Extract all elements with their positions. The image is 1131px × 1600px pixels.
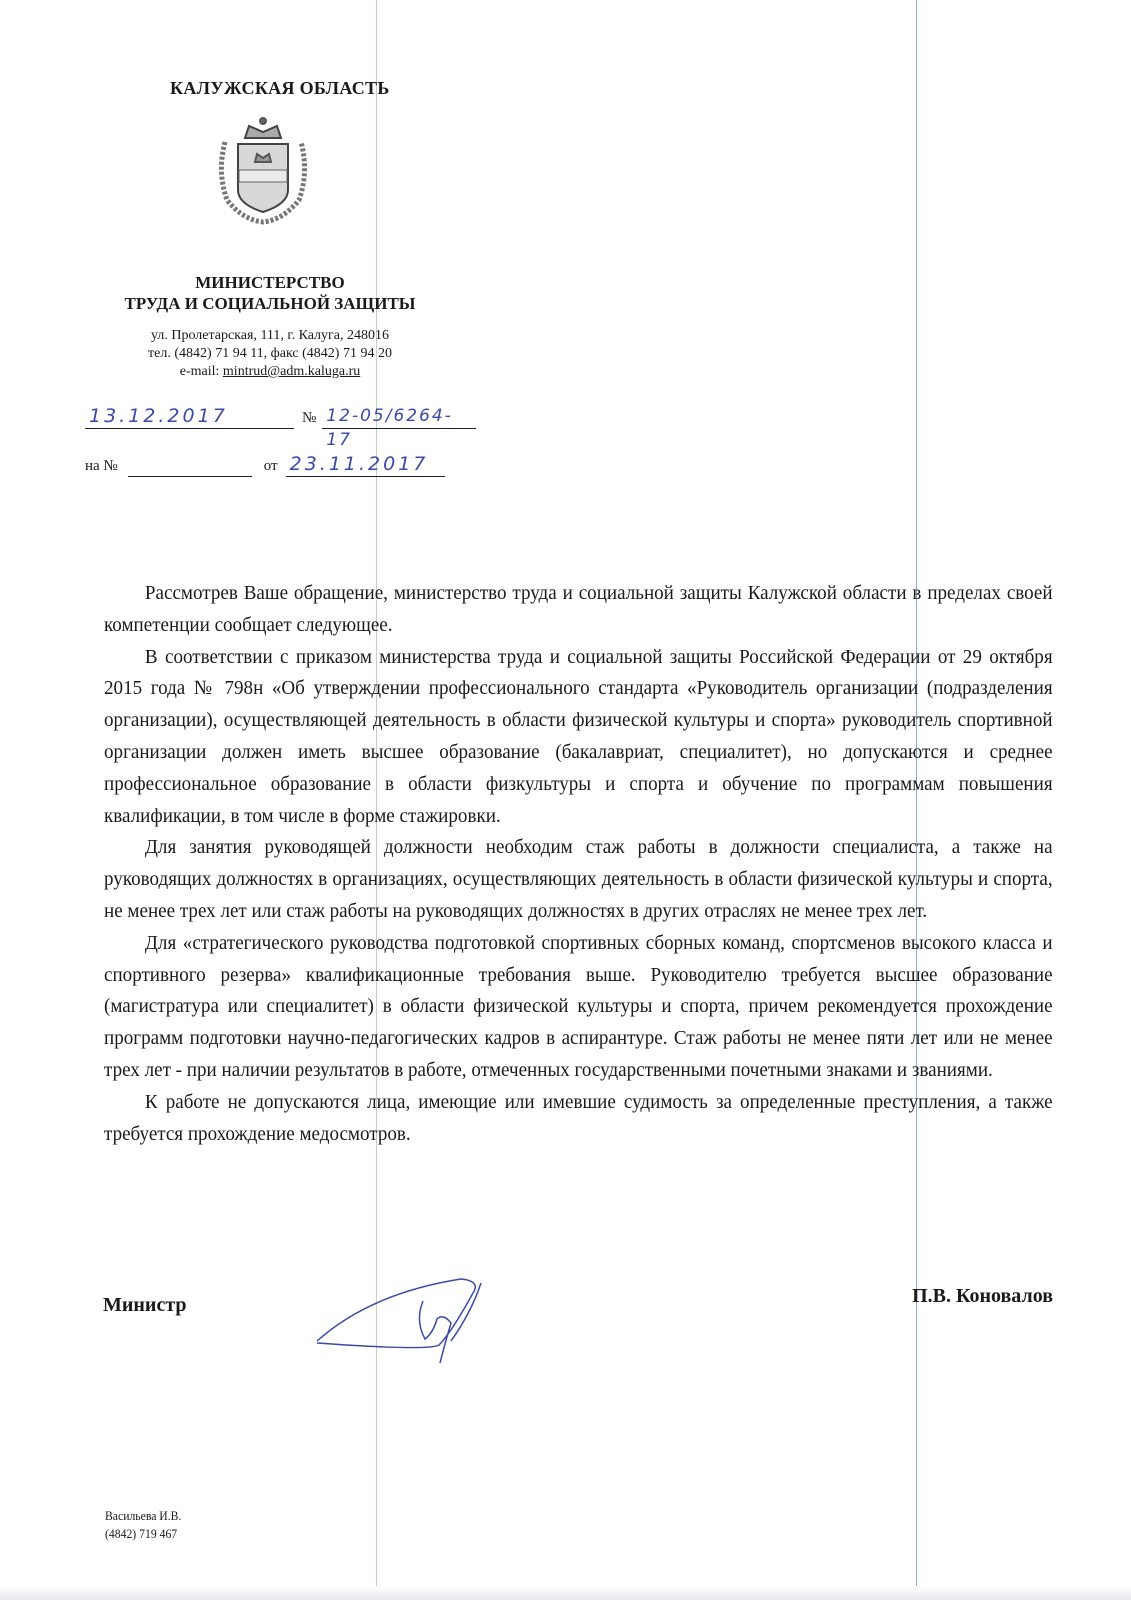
signer-name: П.В. Коновалов	[912, 1285, 1053, 1308]
ministry-line-2: ТРУДА И СОЦИАЛЬНОЙ ЗАЩИТЫ	[100, 293, 440, 314]
email-line: e-mail: mintrud@adm.kaluga.ru	[100, 363, 440, 381]
outgoing-date: 13.12.2017	[85, 404, 294, 429]
letter-body: Рассмотрев Ваше обращение, министерство …	[104, 578, 988, 1150]
signature-icon	[311, 1273, 501, 1363]
reply-to-label: на №	[85, 458, 118, 475]
phone-fax: тел. (4842) 71 94 11, факс (4842) 71 94 …	[100, 345, 440, 363]
coat-of-arms-icon	[213, 112, 313, 227]
paragraph: К работе не допускаются лица, имеющие ил…	[104, 1087, 1053, 1151]
paragraph: Рассмотрев Ваше обращение, министерство …	[104, 578, 1053, 642]
paragraph: Для занятия руководящей должности необхо…	[104, 832, 1053, 927]
ministry-name: МИНИСТЕРСТВО ТРУДА И СОЦИАЛЬНОЙ ЗАЩИТЫ	[100, 272, 440, 314]
executor-block: Васильева И.В. (4842) 719 467	[105, 1507, 181, 1543]
email-label: e-mail:	[180, 364, 223, 379]
email-link[interactable]: mintrud@adm.kaluga.ru	[223, 364, 360, 379]
from-label: от	[264, 458, 278, 475]
reply-row: на № от 23.11.2017	[85, 452, 445, 477]
executor-phone: (4842) 719 467	[105, 1525, 181, 1543]
paragraph: В соответствии с приказом министерства т…	[104, 642, 1053, 833]
number-label: №	[302, 410, 316, 427]
registration-row: 13.12.2017 № 12-05/6264-17	[85, 404, 476, 429]
from-date: 23.11.2017	[286, 452, 445, 477]
signer-title: Министр	[103, 1294, 187, 1317]
executor-name: Васильева И.В.	[105, 1507, 181, 1525]
ministry-line-1: МИНИСТЕРСТВО	[100, 272, 440, 293]
reply-to-number	[128, 452, 252, 477]
outgoing-number: 12-05/6264-17	[322, 404, 476, 429]
paragraph: Для «стратегического руководства подгото…	[104, 928, 1053, 1087]
region-title: КАЛУЖСКАЯ ОБЛАСТЬ	[170, 78, 390, 99]
page-bottom-edge	[0, 1586, 1131, 1600]
address: ул. Пролетарская, 111, г. Калуга, 248016	[100, 327, 440, 345]
contact-block: ул. Пролетарская, 111, г. Калуга, 248016…	[100, 327, 440, 381]
